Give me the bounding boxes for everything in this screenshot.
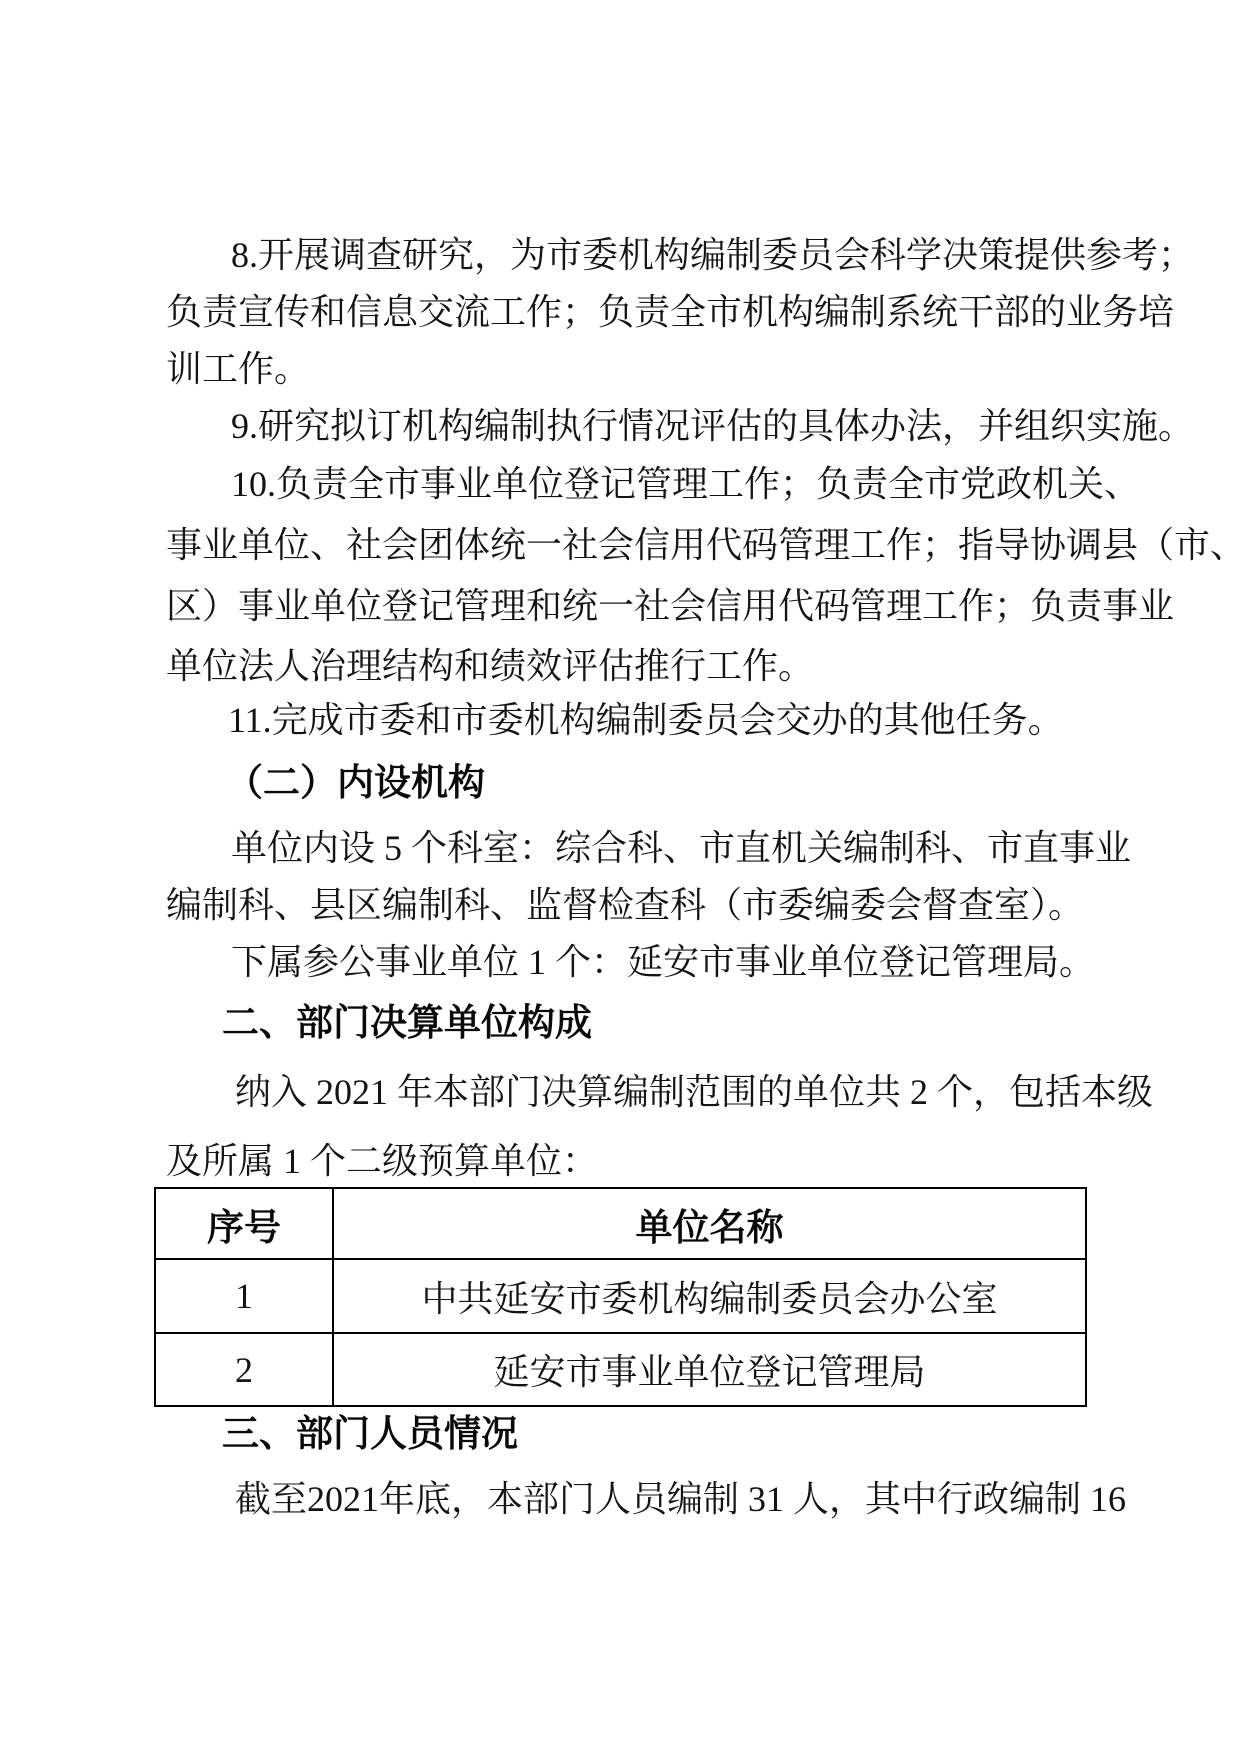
para-10-line-4: 单位法人治理结构和绩效评估推行工作。	[166, 645, 814, 687]
table-cell-name-1: 中共延安市委机构编制委员会办公室	[333, 1259, 1086, 1333]
para-10-line-3: 区）事业单位登记管理和统一社会信用代码管理工作；负责事业	[166, 585, 1174, 627]
table-cell-seq-2: 2	[155, 1333, 333, 1406]
internal-organs-line-2: 编制科、县区编制科、监督检查科（市委编委会督查室）。	[166, 884, 1084, 926]
table-row: 1 中共延安市委机构编制委员会办公室	[155, 1259, 1086, 1333]
para-10-line-2: 事业单位、社会团体统一社会信用代码管理工作；指导协调县（市、	[166, 524, 1241, 566]
unit-table-header-seq: 序号	[155, 1188, 333, 1259]
unit-table-header-name: 单位名称	[333, 1188, 1086, 1259]
table-cell-name-2: 延安市事业单位登记管理局	[333, 1333, 1086, 1406]
unit-composition-line-2: 及所属 1 个二级预算单位：	[166, 1140, 598, 1182]
unit-table-header-row: 序号 单位名称	[155, 1188, 1086, 1259]
subordinate-unit-line: 下属参公事业单位 1 个：延安市事业单位登记管理局。	[231, 941, 1095, 983]
section-heading-unit-composition: 二、部门决算单位构成	[222, 1002, 592, 1044]
para-9-line-1: 9.研究拟订机构编制执行情况评估的具体办法，并组织实施。	[231, 405, 1194, 447]
para-8-line-3: 训工作。	[166, 348, 310, 390]
document-page: 8.开展调查研究，为市委机构编制委员会科学决策提供参考； 负责宣传和信息交流工作…	[0, 0, 1241, 1754]
section-heading-personnel: 三、部门人员情况	[222, 1413, 518, 1455]
unit-table: 序号 单位名称 1 中共延安市委机构编制委员会办公室 2 延安市事业单位登记管理…	[154, 1187, 1087, 1407]
table-row: 2 延安市事业单位登记管理局	[155, 1333, 1086, 1406]
section-heading-internal-organs: （二）内设机构	[226, 763, 485, 805]
para-10-line-1: 10.负责全市事业单位登记管理工作；负责全市党政机关、	[231, 463, 1140, 505]
para-11-line-1: 11.完成市委和市委机构编制委员会交办的其他任务。	[228, 699, 1064, 741]
unit-composition-line-1: 纳入 2021 年本部门决算编制范围的单位共 2 个，包括本级	[235, 1071, 1153, 1113]
para-8-line-1: 8.开展调查研究，为市委机构编制委员会科学决策提供参考；	[231, 234, 1194, 276]
internal-organs-line-1: 单位内设 5 个科室：综合科、市直机关编制科、市直事业	[231, 827, 1131, 869]
table-cell-seq-1: 1	[155, 1259, 333, 1333]
personnel-line-1: 截至2021年底，本部门人员编制 31 人，其中行政编制 16	[235, 1478, 1126, 1520]
para-8-line-2: 负责宣传和信息交流工作；负责全市机构编制系统干部的业务培	[166, 291, 1174, 333]
